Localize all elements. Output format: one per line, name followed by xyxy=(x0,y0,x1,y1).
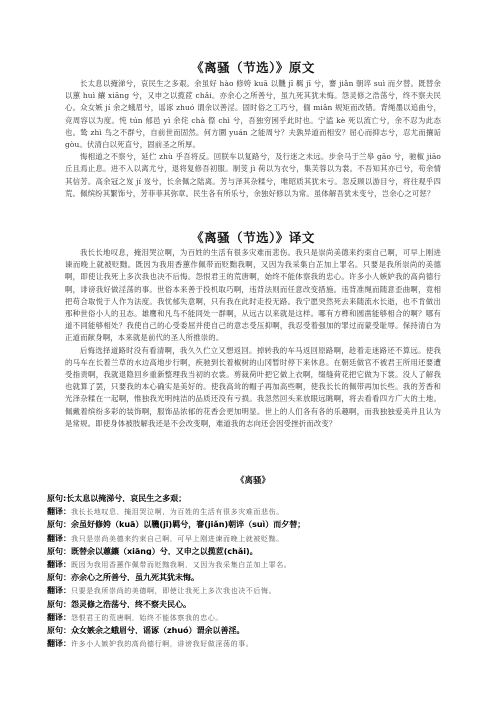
translation-label: 翻译 xyxy=(47,507,63,515)
translation-sentence: 我长长地叹息，掩泪哭泣啊，为百姓的生活有很多灾难而悲伤。 xyxy=(71,508,284,515)
original-text: 长太息以掩涕兮，哀民生之多艰。余虽好 hào 修姱 kuā 以鞿 jī 羁 jī… xyxy=(65,78,441,200)
translation-paragraph-1: 我长长地叹息，掩泪哭泣啊，为百姓的生活有很多灾难而悲伤。我只是崇尚美德来约束自己… xyxy=(65,247,441,345)
original-sentence: 长太息以掩涕兮，哀民生之多艰； xyxy=(66,494,186,502)
original-label: 原句 xyxy=(47,520,63,528)
translation-paragraph-2: 后悔选择道路时没有看清啊，我久久伫立又想返回。掉转我的车马返回原路啊，趁着走迷路… xyxy=(65,345,441,430)
line-by-line-title: 《离骚》 xyxy=(65,474,441,486)
original-line: 原句：余虽好修姱（kuā）以鞿(jī)羁兮，謇(jiǎn)朝谇（suì）而夕替； xyxy=(47,515,447,528)
original-label: 原句 xyxy=(47,547,63,555)
original-sentence: 亦余心之所善兮，虽九死其犹未悔。 xyxy=(71,573,199,581)
translation-label: 翻译 xyxy=(47,639,63,647)
translation-label: 翻译 xyxy=(47,613,63,621)
translation-text: 我长长地叹息，掩泪哭泣啊，为百姓的生活有很多灾难而悲伤。我只是崇尚美德来约束自己… xyxy=(65,247,441,430)
translation-line: 翻译：我长长地叹息，掩泪哭泣啊，为百姓的生活有很多灾难而悲伤。 xyxy=(47,502,447,515)
original-paragraph-1: 长太息以掩涕兮，哀民生之多艰。余虽好 hào 修姱 kuā 以鞿 jī 羁 jī… xyxy=(65,78,441,151)
translation-sentence: 既因为我用香蕙作佩带而贬黜我啊，又因为我采集白芷加上罪名。 xyxy=(71,561,291,568)
translation-line: 翻译：只要是我所崇尚的美德啊，即使让我死上多次我也决不后悔。 xyxy=(47,581,447,594)
original-sentence: 既替余以蕙纕（xiāng）兮，又申之以揽茝(chǎi)。 xyxy=(71,547,258,555)
original-paragraph-2: 悔相道之不察兮，延伫 zhù 乎吾将反。回朕车以复路兮，及行迷之未远。步余马于兰… xyxy=(65,151,441,200)
original-title: 《离骚（节选）》原文 xyxy=(65,58,441,76)
original-sentence: 众女嫉余之蛾眉兮，谣诼（zhuó）谓余以善淫。 xyxy=(71,626,245,634)
original-label: 原句 xyxy=(47,573,63,581)
translation-line: 翻译：我只是崇尚美德来约束自己啊，可早上刚进谏而晚上就被贬黜。 xyxy=(47,529,447,542)
translation-line: 翻译：许多小人嫉妒我的高尚德行啊，诽谤我好做淫荡的事。 xyxy=(47,634,447,647)
original-sentence: 怨灵修之浩荡兮，终不察夫民心。 xyxy=(71,600,191,608)
line-by-line-list: 原句:长太息以掩涕兮，哀民生之多艰； 翻译：我长长地叹息，掩泪哭泣啊，为百姓的生… xyxy=(47,489,447,647)
original-label: 原句 xyxy=(47,626,63,634)
original-label: 原句 xyxy=(47,494,63,502)
translation-label: 翻译 xyxy=(47,560,63,568)
translation-sentence: 怨恨君王的荒唐啊，始终不能体察我的忠心。 xyxy=(71,614,223,621)
original-line: 原句:长太息以掩涕兮，哀民生之多艰； xyxy=(47,489,447,502)
translation-line: 翻译：怨恨君王的荒唐啊，始终不能体察我的忠心。 xyxy=(47,608,447,621)
original-line: 原句：亦余心之所善兮，虽九死其犹未悔。 xyxy=(47,568,447,581)
translation-line: 翻译：既因为我用香蕙作佩带而贬黜我啊，又因为我采集白芷加上罪名。 xyxy=(47,555,447,568)
original-sentence: 余虽好修姱（kuā）以鞿(jī)羁兮，謇(jiǎn)朝谇（suì）而夕替； xyxy=(71,520,305,528)
translation-sentence: 许多小人嫉妒我的高尚德行啊，诽谤我好做淫荡的事。 xyxy=(71,640,253,647)
translation-label: 翻译 xyxy=(47,586,63,594)
original-line: 原句：众女嫉余之蛾眉兮，谣诼（zhuó）谓余以善淫。 xyxy=(47,621,447,634)
translation-sentence: 我只是崇尚美德来约束自己啊，可早上刚进谏而晚上就被贬黜。 xyxy=(71,535,284,542)
translation-title: 《离骚（节选）》译文 xyxy=(65,228,441,246)
original-line: 原句：怨灵修之浩荡兮，终不察夫民心。 xyxy=(47,595,447,608)
translation-sentence: 只要是我所崇尚的美德啊，即使让我死上多次我也决不后悔。 xyxy=(71,587,276,594)
original-line: 原句：既替余以蕙纕（xiāng）兮，又申之以揽茝(chǎi)。 xyxy=(47,542,447,555)
original-label: 原句 xyxy=(47,600,63,608)
translation-label: 翻译 xyxy=(47,534,63,542)
